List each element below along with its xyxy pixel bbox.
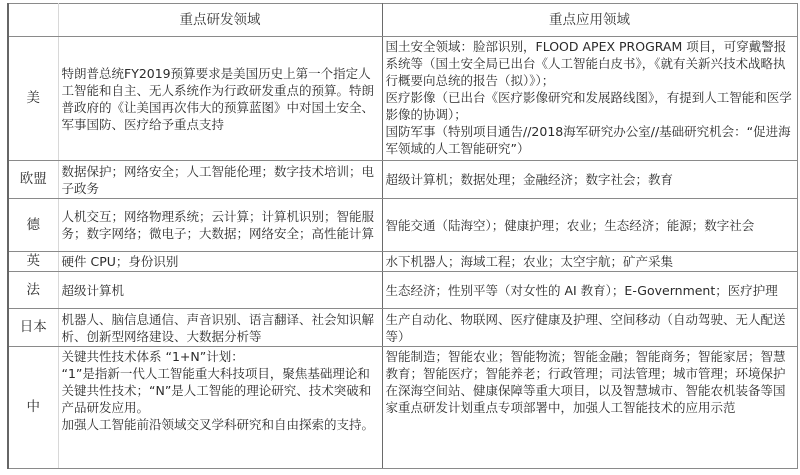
rd-line: “1”是指新一代人工智能重大科技项目，聚焦基础理论和关键共性技术；“N”是人工智… (62, 365, 379, 416)
table-row-jp: 日本 机器人、脑信息通信、声音识别、语言翻译、社会知识解析、创新型网络建设、大数… (8, 309, 797, 347)
app-line: 在深海空间站、健康保障等重大项目，以及智慧城市、智能农机装备等国家重点研发计划重… (386, 382, 794, 416)
app-cell: 智能制造；智能农业；智能物流；智能金融；智能商务；智能家居；智慧教育；智能医疗；… (382, 347, 797, 469)
table-row-us: 美 特朗普总统FY2019预算要求是美国历史上第一个指定人工智能和自主、无人系统… (8, 37, 797, 161)
country-cell: 英 (8, 252, 58, 272)
header-country (8, 4, 58, 37)
table-row-de: 德 人机交互；网络物理系统；云计算；计算机识别；智能服务；数字网络；微电子；大数… (8, 199, 797, 252)
header-app-fields: 重点应用领域 (382, 4, 797, 37)
country-cell: 日本 (8, 309, 58, 347)
app-line: 智能制造；智能农业；智能物流；智能金融；智能商务；智能家居；智慧教育；智能医疗；… (386, 348, 794, 382)
header-rd-fields: 重点研发领域 (58, 4, 382, 37)
country-cell: 欧盟 (8, 161, 58, 199)
rd-cell: 特朗普总统FY2019预算要求是美国历史上第一个指定人工智能和自主、无人系统作为… (58, 37, 382, 161)
table-row-eu: 欧盟 数据保护；网络安全；人工智能伦理；数字技术培训；电子政务 超级计算机；数据… (8, 161, 797, 199)
table-row-cn: 中 关键共性技术体系 “1+N”计划： “1”是指新一代人工智能重大科技项目，聚… (8, 347, 797, 469)
app-cell: 生态经济；性别平等（对女性的 AI 教育）；E-Government；医疗护理 (382, 272, 797, 309)
app-cell: 水下机器人；海域工程；农业；太空宇航；矿产采集 (382, 252, 797, 272)
app-line: 医疗影像（已出台《医疗影像研究和发展路线图》，有提到人工智能和医学影像的协调）； (386, 89, 794, 123)
country-cell: 中 (8, 347, 58, 469)
rd-cell: 人机交互；网络物理系统；云计算；计算机识别；智能服务；数字网络；微电子；大数据；… (58, 199, 382, 252)
rd-cell: 机器人、脑信息通信、声音识别、语言翻译、社会知识解析、创新型网络建设、大数据分析… (58, 309, 382, 347)
ai-policy-comparison-table: 重点研发领域 重点应用领域 美 特朗普总统FY2019预算要求是美国历史上第一个… (7, 3, 798, 469)
country-cell: 美 (8, 37, 58, 161)
country-cell: 德 (8, 199, 58, 252)
table-row-uk: 英 硬件 CPU；身份识别 水下机器人；海域工程；农业；太空宇航；矿产采集 (8, 252, 797, 272)
rd-line: 关键共性技术体系 “1+N”计划： (62, 348, 379, 365)
app-cell: 超级计算机；数据处理；金融经济；数字社会；教育 (382, 161, 797, 199)
table-row-fr: 法 超级计算机 生态经济；性别平等（对女性的 AI 教育）；E-Governme… (8, 272, 797, 309)
app-cell: 生产自动化、物联网、医疗健康及护理、空间移动（自动驾驶、无人配送等） (382, 309, 797, 347)
rd-line: 加强人工智能前沿领域交叉学科研究和自由探索的支持。 (62, 416, 379, 433)
app-line: 国防军事（特别项目通告//2018海军研究办公室//基础研究机会：“促进海军领域… (386, 123, 794, 157)
rd-cell: 硬件 CPU；身份识别 (58, 252, 382, 272)
rd-cell: 数据保护；网络安全；人工智能伦理；数字技术培训；电子政务 (58, 161, 382, 199)
country-cell: 法 (8, 272, 58, 309)
rd-cell: 超级计算机 (58, 272, 382, 309)
rd-cell: 关键共性技术体系 “1+N”计划： “1”是指新一代人工智能重大科技项目，聚焦基… (58, 347, 382, 469)
app-cell: 智能交通（陆海空）；健康护理；农业；生态经济；能源；数字社会 (382, 199, 797, 252)
app-line: 国土安全领域：脸部识别，FLOOD APEX PROGRAM 项目，可穿戴警报系… (386, 38, 794, 89)
app-cell: 国土安全领域：脸部识别，FLOOD APEX PROGRAM 项目，可穿戴警报系… (382, 37, 797, 161)
header-row: 重点研发领域 重点应用领域 (8, 4, 797, 37)
